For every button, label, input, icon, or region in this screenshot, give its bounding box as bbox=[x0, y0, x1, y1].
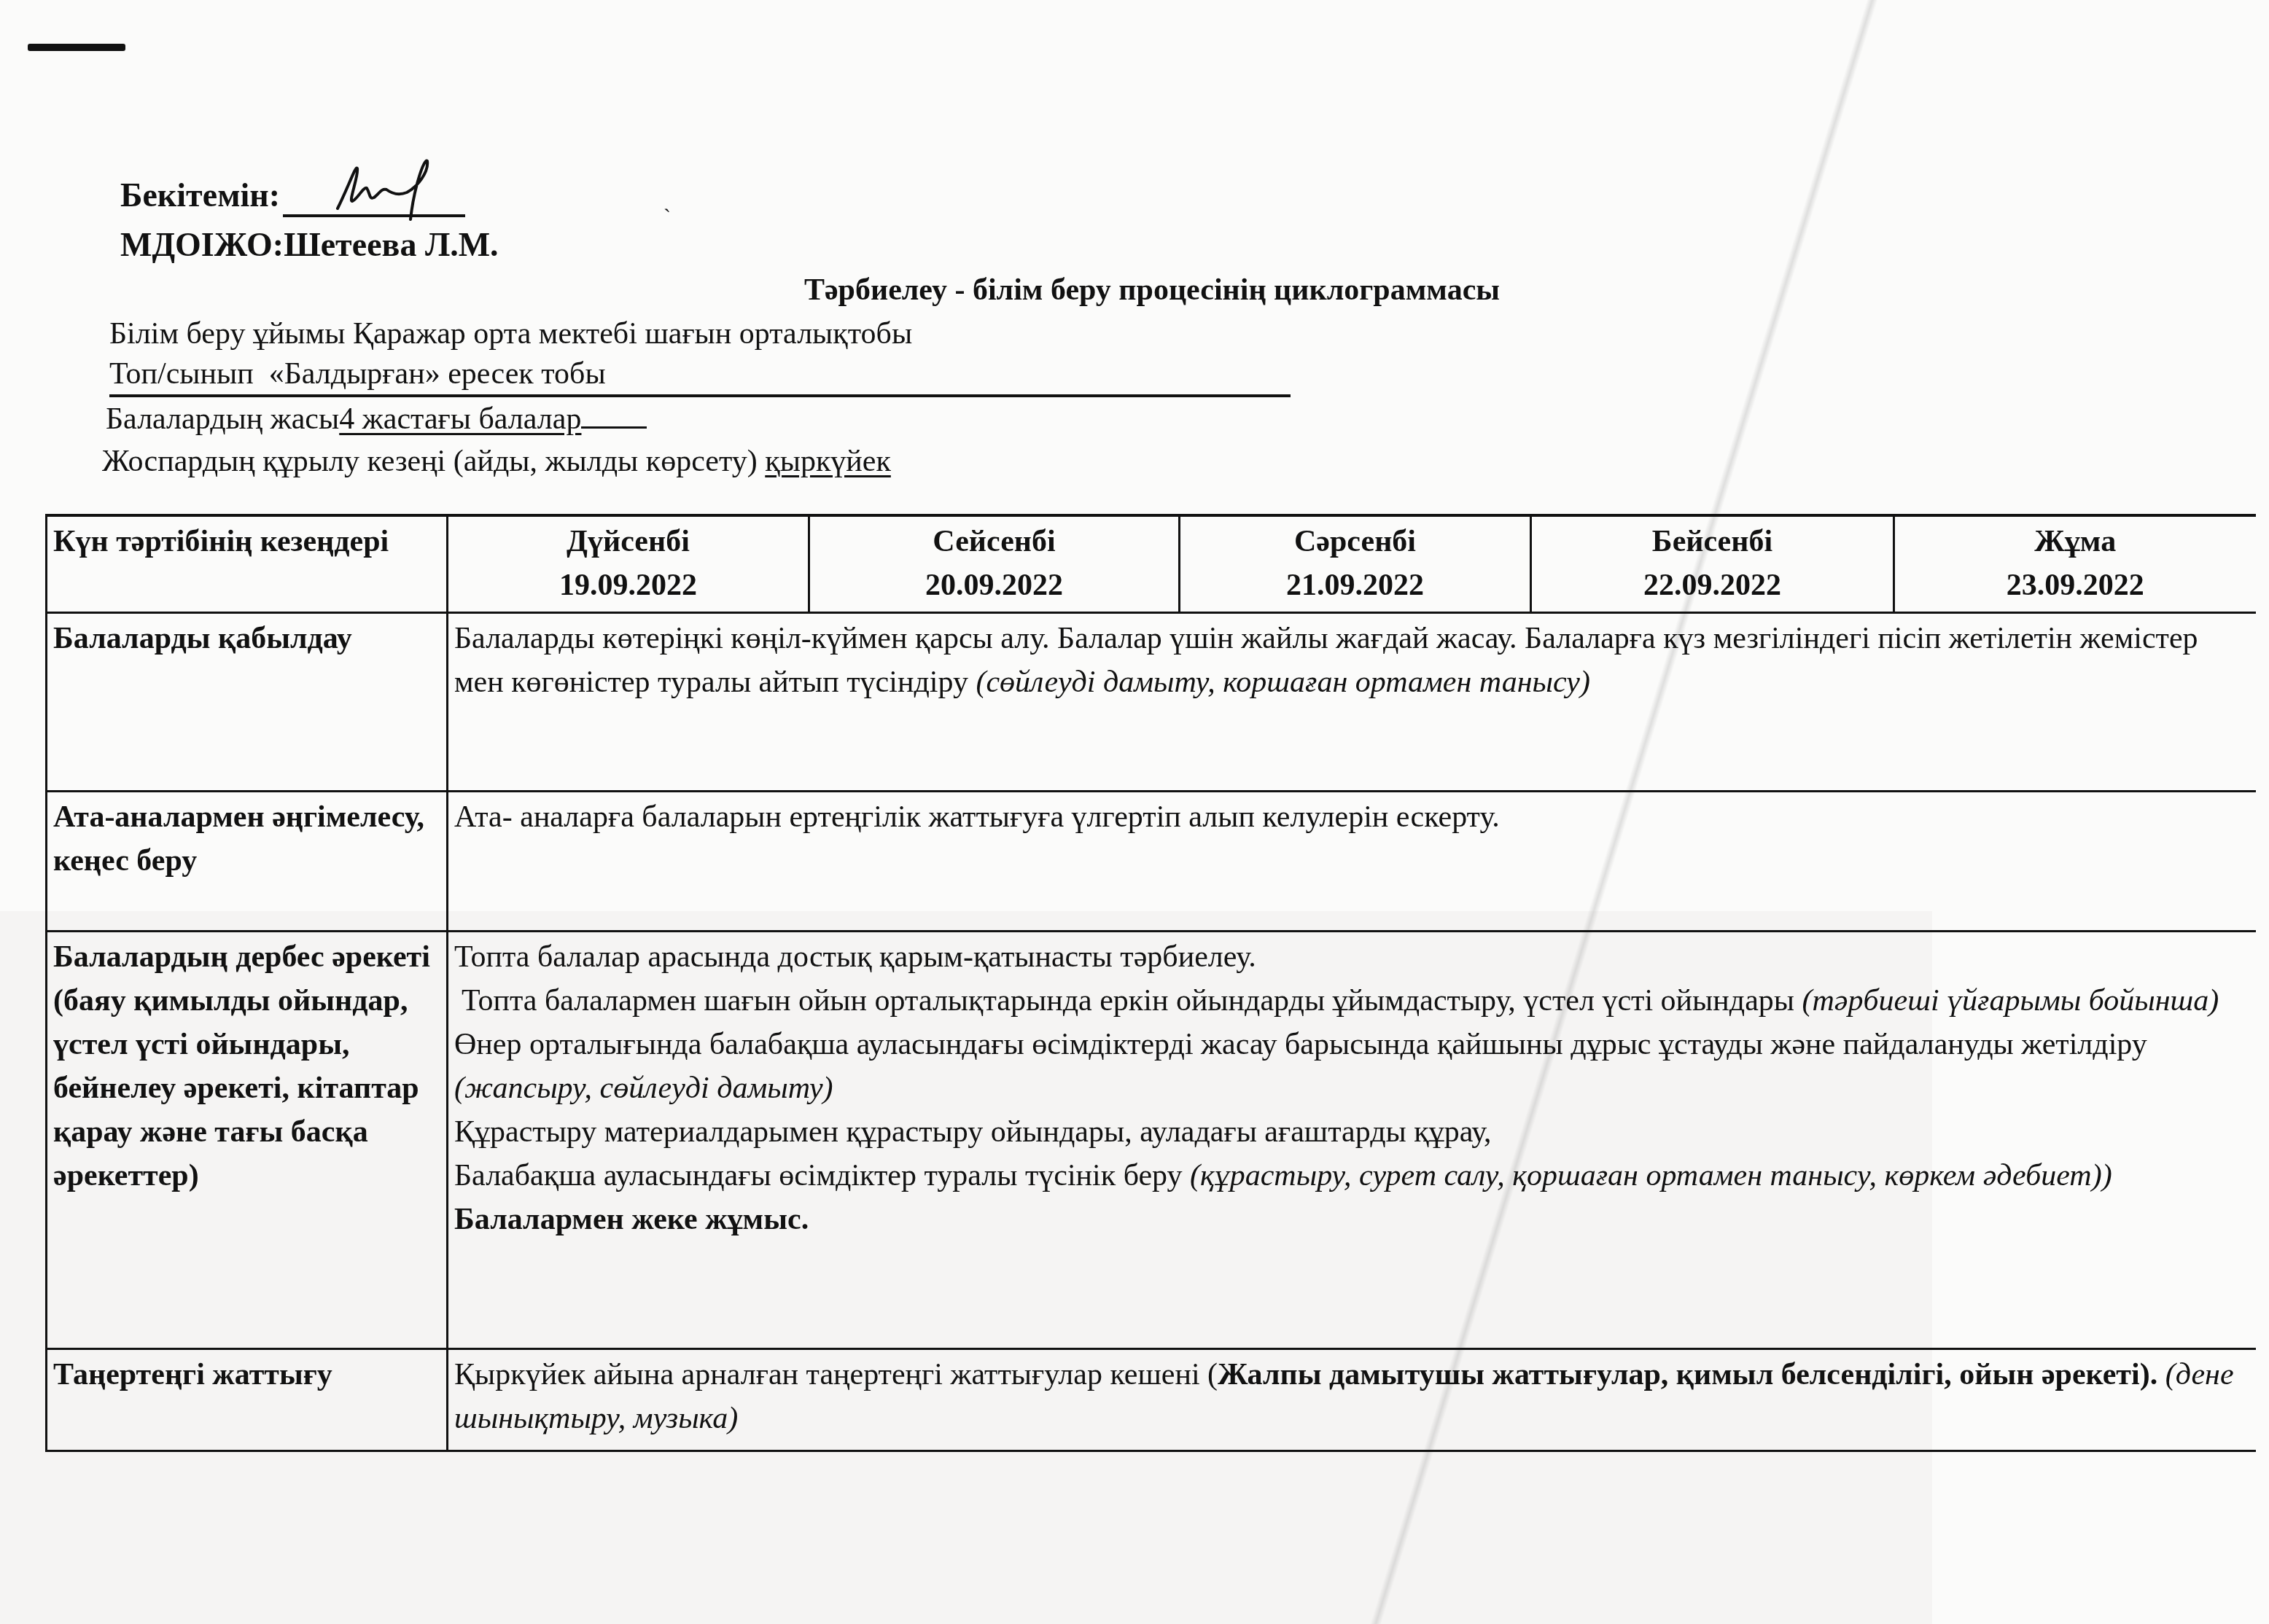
activity-item: Өнер орталығында балабақша ауласындағы ө… bbox=[454, 1023, 2250, 1110]
activity-closing: Балалармен жеке жұмыс. bbox=[454, 1198, 2250, 1241]
signature-field bbox=[283, 179, 465, 217]
signature-icon bbox=[334, 157, 458, 223]
stage-cell: Таңертеңгі жаттығу bbox=[47, 1349, 448, 1451]
activity-note: (сөйлеуді дамыту, коршаған ортамен таныс… bbox=[976, 665, 1590, 699]
underline-gap bbox=[581, 397, 647, 429]
stage-cell: Балаларды қабылдау bbox=[47, 613, 448, 792]
header-row: Күн тәртібінің кезеңдері Дүйсенбі19.09.2… bbox=[47, 515, 2256, 613]
stray-mark: ` bbox=[663, 195, 671, 239]
group-value: «Балдырған» ересек тобы bbox=[269, 357, 606, 391]
group-line: Топ/сынып «Балдырған» ересек тобы bbox=[109, 354, 1291, 397]
activity-item: Топта балалармен шағын ойын орталықтарын… bbox=[454, 979, 2250, 1023]
age-label: Балалардың жасы bbox=[106, 402, 339, 436]
table-row: Балаларды қабылдау Балаларды көтеріңкі к… bbox=[47, 613, 2256, 792]
organization-line: Білім беру ұйымы Қаражар орта мектебі ша… bbox=[109, 313, 912, 354]
age-line: Балалардың жасы4 жастағы балалар bbox=[106, 397, 647, 440]
activity-cell: Қыркүйек айына арналған таңертеңгі жатты… bbox=[448, 1349, 2256, 1451]
table-row: Таңертеңгі жаттығу Қыркүйек айына арналғ… bbox=[47, 1349, 2256, 1451]
header-day-thursday: Бейсенбі22.09.2022 bbox=[1531, 515, 1894, 613]
approver-name: МДОІЖО:Шетеева Л.М. bbox=[120, 223, 499, 267]
activity-text: Қыркүйек айына арналған таңертеңгі жатты… bbox=[454, 1358, 1218, 1391]
stage-cell: Балалардың дербес әрекеті (баяу қимылды … bbox=[47, 932, 448, 1349]
corner-dash-mark bbox=[28, 44, 125, 51]
approval-line: Бекітемін: ` bbox=[120, 173, 465, 217]
activity-bold: Жалпы дамытушы жаттығулар, қимыл белсенд… bbox=[1218, 1358, 2157, 1391]
period-line: Жоспардың құрылу кезеңі (айды, жылды көр… bbox=[102, 441, 891, 482]
table-row: Ата-аналармен әңгімелесу, кеңес беру Ата… bbox=[47, 792, 2256, 932]
activity-item: Құрастыру материалдарымен құрастыру ойын… bbox=[454, 1110, 2250, 1154]
header-day-wednesday: Сәрсенбі21.09.2022 bbox=[1180, 515, 1531, 613]
activity-item: Топта балалар арасында достық қарым-қаты… bbox=[454, 935, 2250, 979]
activity-cell: Балаларды көтеріңкі көңіл-күймен қарсы а… bbox=[448, 613, 2256, 792]
table-row: Балалардың дербес әрекеті (баяу қимылды … bbox=[47, 932, 2256, 1349]
cyclogram-table: Күн тәртібінің кезеңдері Дүйсенбі19.09.2… bbox=[45, 514, 2256, 1452]
header-day-friday: Жұма23.09.2022 bbox=[1894, 515, 2256, 613]
activity-cell: Топта балалар арасында достық қарым-қаты… bbox=[448, 932, 2256, 1349]
period-label: Жоспардың құрылу кезеңі (айды, жылды көр… bbox=[102, 445, 758, 478]
stage-cell: Ата-аналармен әңгімелесу, кеңес беру bbox=[47, 792, 448, 932]
period-value: қыркүйек bbox=[765, 445, 891, 478]
activity-cell: Ата- аналарға балаларын ертеңгілік жатты… bbox=[448, 792, 2256, 932]
document-title: Тәрбиелеу - білім беру процесінің циклог… bbox=[0, 270, 2269, 311]
age-value: 4 жастағы балалар bbox=[339, 402, 581, 436]
group-label: Топ/сынып bbox=[109, 357, 254, 391]
header-day-monday: Дүйсенбі19.09.2022 bbox=[448, 515, 809, 613]
header-stage: Күн тәртібінің кезеңдері bbox=[47, 515, 448, 613]
header-day-tuesday: Сейсенбі20.09.2022 bbox=[809, 515, 1180, 613]
activity-item: Балабақша ауласындағы өсімдіктер туралы … bbox=[454, 1154, 2250, 1198]
approval-label: Бекітемін: bbox=[120, 176, 280, 214]
